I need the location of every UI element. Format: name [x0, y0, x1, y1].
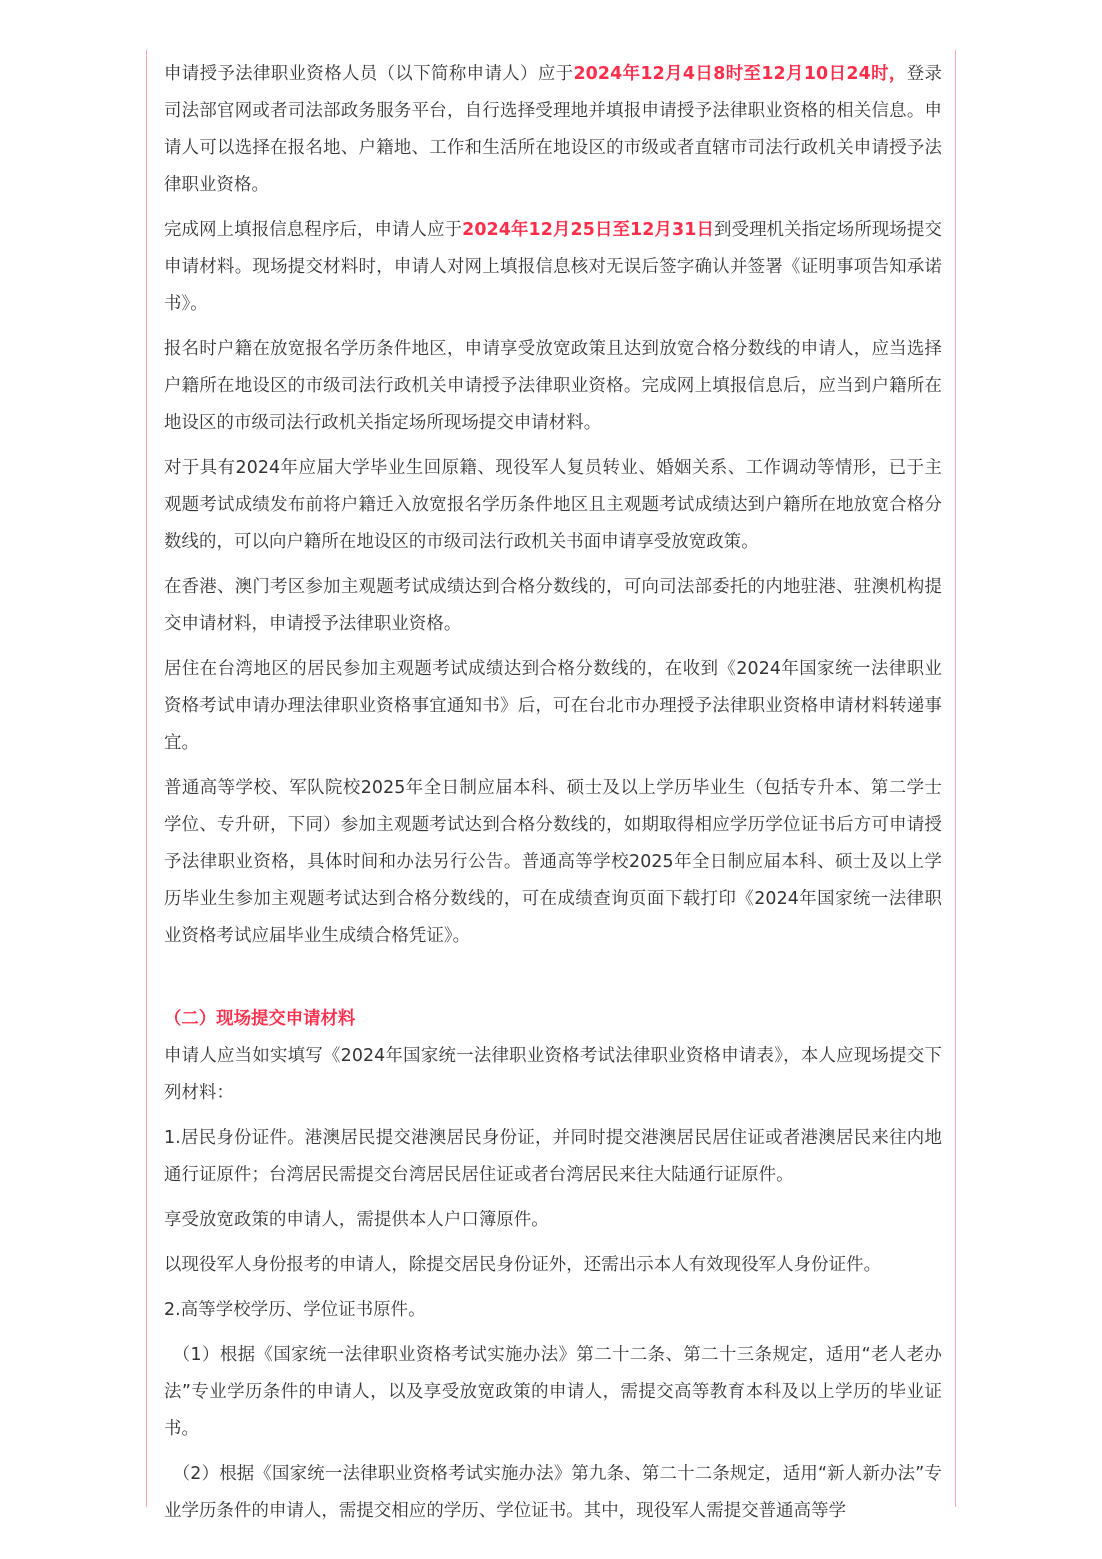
paragraph-hk-macau: 在香港、澳门考区参加主观题考试成绩达到合格分数线的，可向司法部委托的内地驻港、驻…	[164, 569, 942, 643]
paragraph-household-transfer: 对于具有2024年应届大学毕业生回原籍、现役军人复员转业、婚姻关系、工作调动等情…	[164, 450, 942, 561]
paragraph-graduates: 普通高等学校、军队院校2025年全日制应届本科、硕士及以上学历毕业生（包括专升本…	[164, 770, 942, 955]
list-item-diplomas: 2.高等学校学历、学位证书原件。	[164, 1292, 942, 1329]
highlighted-date-range: 2024年12月4日8时至12月10日24时，	[573, 64, 906, 84]
paragraph-onsite-submission: 完成网上填报信息程序后，申请人应于2024年12月25日至12月31日到受理机关…	[164, 212, 942, 323]
sub-item-new-rules: （2）根据《国家统一法律职业资格考试实施办法》第九条、第二十二条规定，适用“新人…	[164, 1456, 942, 1530]
paragraph-text: 申请授予法律职业资格人员（以下简称申请人）应于	[164, 64, 573, 84]
highlighted-date-range: 2024年12月25日至12月31日	[462, 220, 714, 240]
paragraph-text: 完成网上填报信息程序后，申请人应于	[164, 220, 462, 240]
list-item-id-documents: 1.居民身份证件。港澳居民提交港澳居民身份证，并同时提交港澳居民居住证或者港澳居…	[164, 1120, 942, 1194]
sub-item-old-rules: （1）根据《国家统一法律职业资格考试实施办法》第二十二条、第二十三条规定，适用“…	[164, 1337, 942, 1448]
document-body: 申请授予法律职业资格人员（以下简称申请人）应于2024年12月4日8时至12月1…	[164, 56, 942, 1538]
note-military-id: 以现役军人身份报考的申请人，除提交居民身份证外，还需出示本人有效现役军人身份证件…	[164, 1247, 942, 1284]
note-household-register: 享受放宽政策的申请人，需提供本人户口簿原件。	[164, 1202, 942, 1239]
paragraph-taiwan: 居住在台湾地区的居民参加主观题考试成绩达到合格分数线的，在收到《2024年国家统…	[164, 651, 942, 762]
paragraph-section-intro: 申请人应当如实填写《2024年国家统一法律职业资格考试法律职业资格申请表》，本人…	[164, 1038, 942, 1112]
section-heading: （二）现场提交申请材料	[164, 1001, 942, 1038]
paragraph-application-period: 申请授予法律职业资格人员（以下简称申请人）应于2024年12月4日8时至12月1…	[164, 56, 942, 204]
paragraph-relaxed-policy: 报名时户籍在放宽报名学历条件地区，申请享受放宽政策且达到放宽合格分数线的申请人，…	[164, 331, 942, 442]
section-spacer	[164, 963, 942, 1001]
